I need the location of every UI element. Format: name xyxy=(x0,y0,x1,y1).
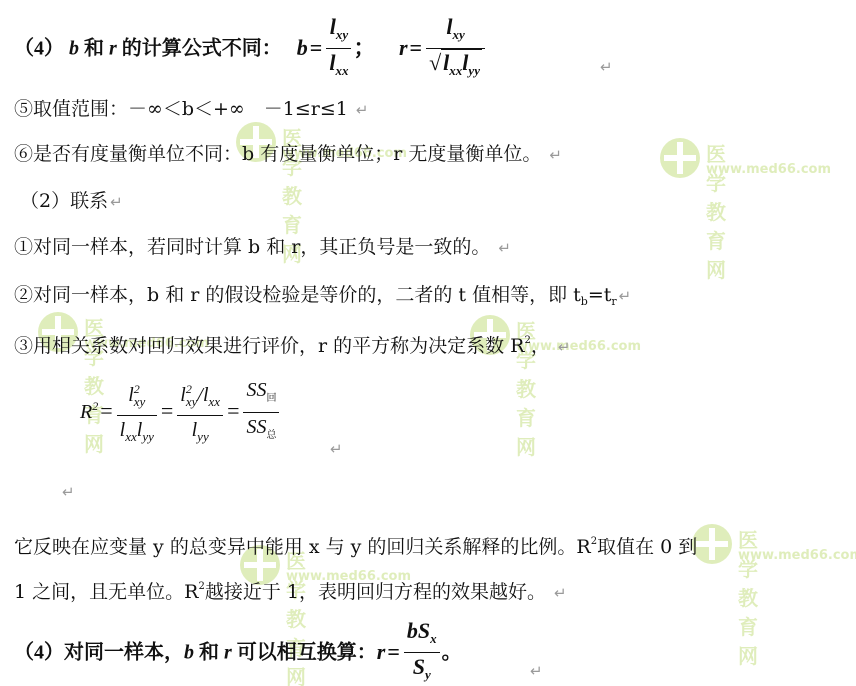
line-conversion: （4）对同一样本，b 和 r 可以相互换算：r=bSxSy。 xyxy=(14,618,462,686)
r-squared-formula: R2=l2xylxxlyy=l2xy/lxxlyy=SS回SS总 xyxy=(80,376,281,451)
conversion-formula: r=bSxSy xyxy=(377,639,442,664)
line-r2-range: 1 之间，且无单位。R2越接近于 1，表明回归方程的效果越好。↵ xyxy=(14,575,567,605)
paragraph-mark-icon: ↵ xyxy=(530,662,543,680)
line-determination-coefficient: ③用相关系数对回归效果进行评价，r 的平方称为决定系数 R2，↵ xyxy=(14,329,570,359)
line-units: ⑥是否有度量衡单位不同：b 有度量衡单位；r 无度量衡单位。↵ xyxy=(14,142,562,167)
line-formula-difference: （4） b 和 r 的计算公式不同： b=lxylxx； r=lxy√lxxly… xyxy=(14,14,487,85)
watermark-logo-icon xyxy=(692,524,732,564)
paragraph-mark-icon: ↵ xyxy=(498,239,511,257)
paragraph-mark-icon: ↵ xyxy=(356,101,369,119)
section-heading-relation: （2）联系↵ xyxy=(20,189,123,214)
paragraph-mark-icon: ↵ xyxy=(619,287,632,305)
paragraph-mark-icon: ↵ xyxy=(62,483,75,501)
paragraph-mark-icon: ↵ xyxy=(330,440,343,458)
b-formula: b=lxylxx； xyxy=(297,35,381,60)
r-formula: r=lxy√lxxlyy xyxy=(399,35,487,60)
paragraph-mark-icon: ↵ xyxy=(600,58,613,76)
line-value-range: ⑤取值范围：－∞＜b＜+∞ －1≤r≤1↵ xyxy=(14,97,368,122)
line-r2-meaning: 它反映在应变量 y 的总变异中能用 x 与 y 的回归关系解释的比例。R2取值在… xyxy=(14,530,697,559)
paragraph-mark-icon: ↵ xyxy=(554,584,567,602)
line-sign-consistency: ①对同一样本，若同时计算 b 和 r，其正负号是一致的。↵ xyxy=(14,235,511,260)
line-hypothesis-test: ②对同一样本，b 和 r 的假设检验是等价的，二者的 t 值相等，即 tb=tr… xyxy=(14,283,631,314)
paragraph-mark-icon: ↵ xyxy=(558,338,571,356)
paragraph-mark-icon: ↵ xyxy=(549,146,562,164)
watermark-logo-icon xyxy=(660,138,700,178)
paragraph-mark-icon: ↵ xyxy=(110,193,123,211)
